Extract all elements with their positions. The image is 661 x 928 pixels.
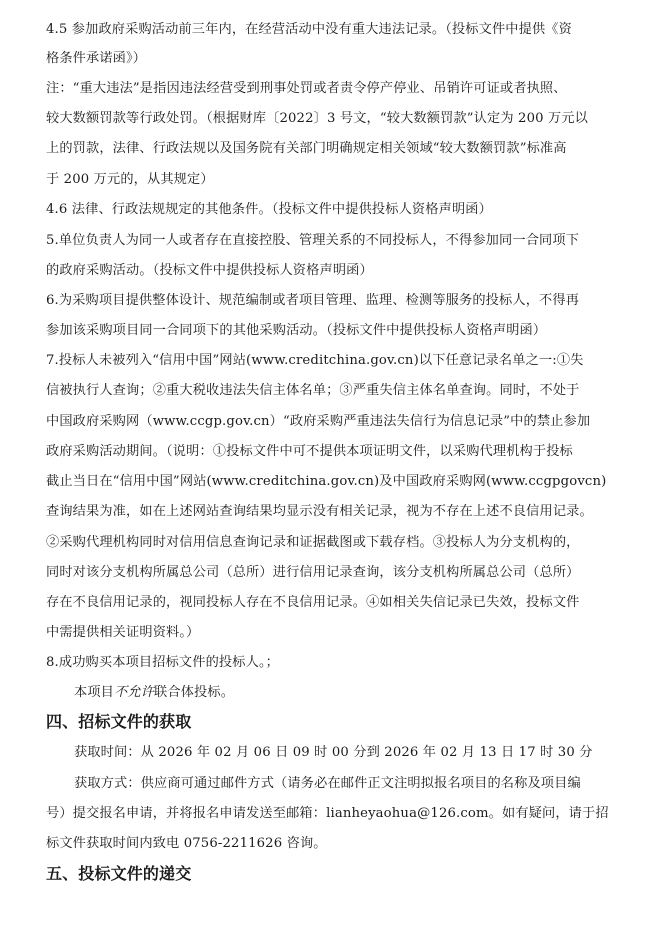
consortium-note: 本项目不允许联合体投标。 <box>74 684 234 702</box>
text-line: 注：“重大违法”是指因违法经营受到刑事处罚或者责令停产停业、吊销许可证或者执照、 <box>46 80 567 98</box>
text-line: 截止当日在“信用中国”网站(www.creditchina.gov.cn)及中国… <box>46 473 606 491</box>
text-line: 4.6 法律、行政法规规定的其他条件。（投标文件中提供投标人资格声明函） <box>46 201 492 219</box>
text-line: 中国政府采购网（www.ccgp.gov.cn）“政府采购严重违法失信行为信息记… <box>46 413 590 431</box>
text-line: 于 200 万元的，从其规定） <box>46 171 214 189</box>
text-line: 存在不良信用记录的，视同投标人存在不良信用记录。④如相关失信记录已失效，投标文件 <box>46 594 580 612</box>
text-line: 中需提供相关证明资料。） <box>46 624 199 642</box>
text-line: 7.投标人未被列入“信用中国”网站(www.creditchina.gov.cn… <box>46 352 584 370</box>
consortium-note-suffix: 联合体投标。 <box>154 685 234 700</box>
text-line: 政府采购活动期间。（说明：①投标文件中可不提供本项证明文件，以采购代理机构于投标 <box>46 443 573 461</box>
acquisition-method-line-2: 号）提交报名申请，并将报名申请发送至邮箱：lianheyaohua@126.co… <box>46 805 609 823</box>
section-4-heading: 四、招标文件的获取 <box>46 712 191 732</box>
acquisition-time: 获取时间：从 2026 年 02 月 06 日 09 时 00 分到 2026 … <box>74 744 593 762</box>
text-line: 5.单位负责人为同一人或者存在直接控股、管理关系的不同投标人，不得参加同一合同项… <box>46 232 579 250</box>
document-page: 4.5 参加政府采购活动前三年内，在经营活动中没有重大违法记录。（投标文件中提供… <box>0 0 661 928</box>
consortium-note-emphasis: 不允许 <box>114 685 154 700</box>
consortium-note-prefix: 本项目 <box>74 685 114 700</box>
text-line: 格条件承诺函》） <box>46 50 146 68</box>
text-line: 上的罚款，法律、行政法规以及国务院有关部门明确规定相关领域“较大数额罚款”标准高 <box>46 140 567 158</box>
acquisition-method-line-3: 标文件获取时间内致电 0756-2211626 咨询。 <box>46 835 327 853</box>
text-line: 8.成功购买本项目招标文件的投标人。； <box>46 654 279 672</box>
text-line: 参加该采购项目同一合同项下的其他采购活动。（投标文件中提供投标人资格声明函） <box>46 322 546 340</box>
acquisition-method-line-1: 获取方式：供应商可通过邮件方式（请务必在邮件正文注明拟报名项目的名称及项目编 <box>74 775 581 793</box>
text-line: 的政府采购活动。（投标文件中提供投标人资格声明函） <box>46 262 373 280</box>
text-line: 查询结果为准，如在上述网站查询结果均显示没有相关记录，视为不存在上述不良信用记录… <box>46 503 593 521</box>
text-line: 同时对该分支机构所属总公司（总所）进行信用记录查询，该分支机构所属总公司（总所） <box>46 564 580 582</box>
text-line: 较大数额罚款等行政处罚。（根据财库〔2022〕3 号文，“较大数额罚款”认定为 … <box>46 110 588 128</box>
text-line: 6.为采购项目提供整体设计、规范编制或者项目管理、监理、检测等服务的投标人，不得… <box>46 292 579 310</box>
section-5-heading: 五、投标文件的递交 <box>46 864 191 884</box>
text-line: ②采购代理机构同时对信用信息查询记录和证据截图或下载存档。③投标人为分支机构的， <box>46 534 580 552</box>
text-line: 4.5 参加政府采购活动前三年内，在经营活动中没有重大违法记录。（投标文件中提供… <box>46 21 572 39</box>
text-line: 信被执行人查询；②重大税收违法失信主体名单；③严重失信主体名单查询。同时，不处于 <box>46 382 580 400</box>
